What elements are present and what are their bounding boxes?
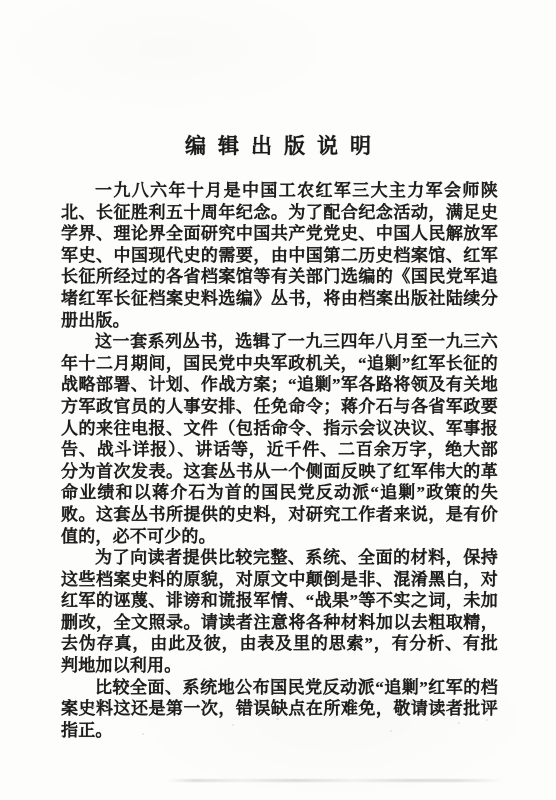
scan-speck [334,716,336,718]
page-title: 编辑出版说明 [0,130,556,160]
scan-speck [276,718,279,720]
body-text: 一九八六年十月是中国工农红军三大主力军会师陕北、长征胜利五十周年纪念。为了配合纪… [61,180,498,741]
paragraph-4: 比较全面、系统地公布国民党反动派“追剿”红军的档案史料这还是第一次，错误缺点在所… [61,677,498,742]
scan-speck [142,733,144,735]
scan-speck [232,724,234,726]
scan-speck [390,730,392,732]
scan-speck [410,700,413,703]
paragraph-1: 一九八六年十月是中国工农红军三大主力军会师陕北、长征胜利五十周年纪念。为了配合纪… [61,180,498,331]
scanned-book-page: 编辑出版说明 一九八六年十月是中国工农红军三大主力军会师陕北、长征胜利五十周年纪… [0,0,556,800]
scan-speck [92,706,95,708]
scan-smudge [168,779,504,782]
scan-speck [458,722,460,724]
paragraph-2: 这一套系列丛书，选辑了一九三四年八月至一九三六年十二月期间，国民党中央军政机关，… [61,331,498,547]
scan-speck [352,702,354,704]
paragraph-3: 为了向读者提供比较完整、系统、全面的材料，保持这些档案史料的原貌，对原文中颠倒是… [61,547,498,677]
scan-speck [486,719,488,721]
